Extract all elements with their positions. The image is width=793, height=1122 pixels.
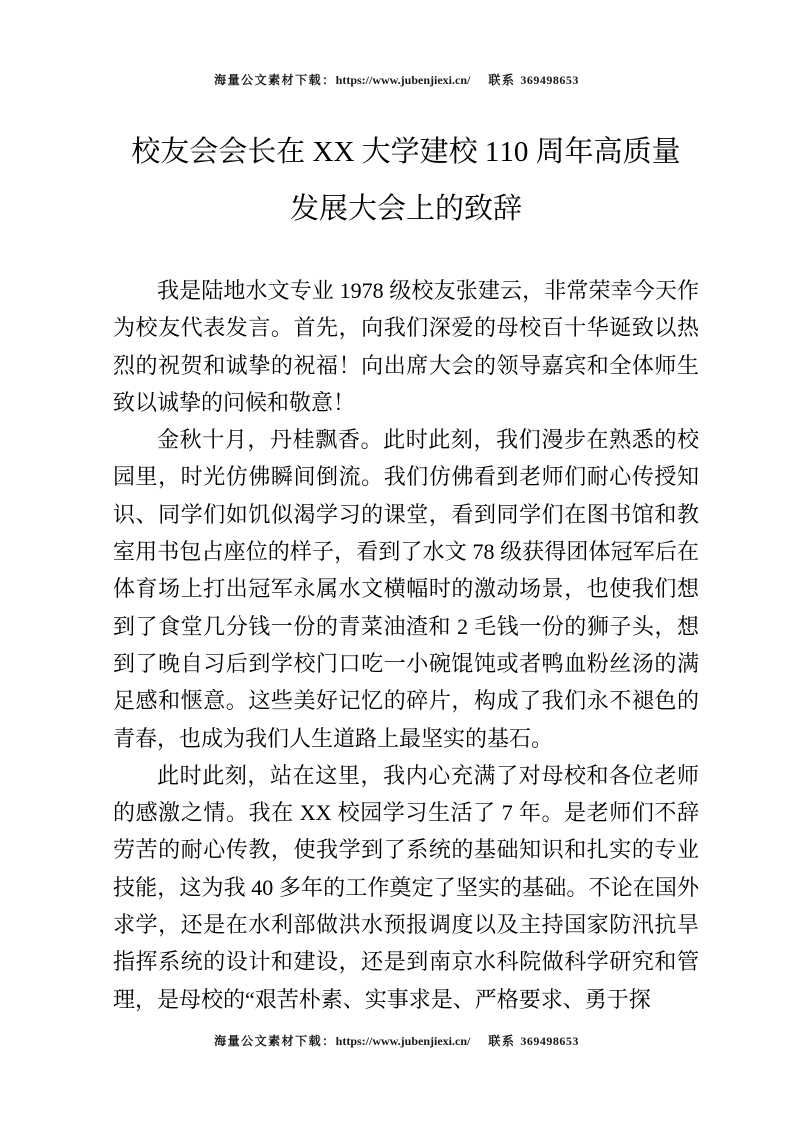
paragraph-gratitude: 此时此刻，站在这里，我内心充满了对母校和各位老师的感激之情。我在 XX 校园学习…: [113, 757, 699, 1018]
header-contact-label: 联系: [488, 73, 515, 87]
header-download-notice: 海量公文素材下载：https://www.jubenjiexi.cn/联系369…: [0, 71, 793, 88]
footer-contact-number: 369498653: [520, 1034, 579, 1048]
document-title: 校友会会长在 XX 大学建校 110 周年高质量发展大会上的致辞: [126, 124, 686, 238]
header-notice-label: 海量公文素材下载：: [214, 73, 336, 87]
header-contact-number: 369498653: [520, 73, 579, 87]
paragraph-greeting: 我是陆地水文专业 1978 级校友张建云，非常荣幸今天作为校友代表发言。首先，向…: [113, 272, 699, 421]
footer-notice-label: 海量公文素材下载：: [214, 1034, 336, 1048]
paragraph-memories: 金秋十月，丹桂飘香。此时此刻，我们漫步在熟悉的校园里，时光仿佛瞬间倒流。我们仿佛…: [113, 421, 699, 757]
footer-download-notice: 海量公文素材下载：https://www.jubenjiexi.cn/联系369…: [0, 1032, 793, 1049]
document-page: 海量公文素材下载：https://www.jubenjiexi.cn/联系369…: [0, 0, 793, 1122]
header-notice-url: https://www.jubenjiexi.cn/: [336, 73, 471, 87]
footer-notice-url: https://www.jubenjiexi.cn/: [336, 1034, 471, 1048]
footer-contact-label: 联系: [488, 1034, 515, 1048]
document-body: 我是陆地水文专业 1978 级校友张建云，非常荣幸今天作为校友代表发言。首先，向…: [113, 272, 699, 1018]
